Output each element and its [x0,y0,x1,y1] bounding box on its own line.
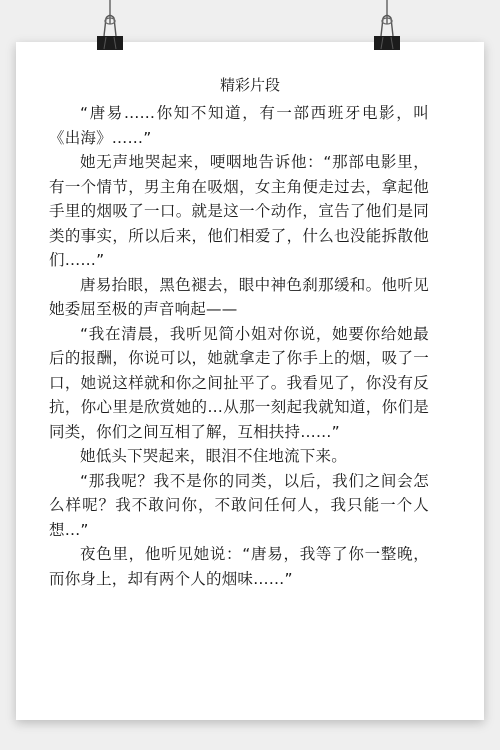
paragraph: “那我呢？我不是你的同类，以后，我们之间会怎么样呢？我不敢问你，不敢问任何人，我… [49,469,429,543]
excerpt-body: “唐易……你知不知道，有一部西班牙电影，叫《出海》……” 她无声地哭起来，哽咽地… [49,101,429,591]
binder-clip-icon [96,14,124,50]
paragraph: 她无声地哭起来，哽咽地告诉他：“那部电影里，有一个情节，男主角在吸烟，女主角便走… [49,150,429,273]
page-title: 精彩片段 [16,74,484,95]
paragraph: “我在清晨，我听见简小姐对你说，她要你给她最后的报酬，你说可以，她就拿走了你手上… [49,322,429,445]
paragraph: “唐易……你知不知道，有一部西班牙电影，叫《出海》……” [49,101,429,150]
paragraph: 唐易抬眼，黑色褪去，眼中神色刹那缓和。他听见她委屈至极的声音响起—— [49,273,429,322]
paragraph: 夜色里，他听见她说：“唐易，我等了你一整晚，而你身上，却有两个人的烟味……” [49,542,429,591]
paper-sheet: 精彩片段 “唐易……你知不知道，有一部西班牙电影，叫《出海》……” 她无声地哭起… [16,42,484,720]
binder-clip-icon [373,14,401,50]
paragraph: 她低头下哭起来，眼泪不住地流下来。 [49,444,429,469]
